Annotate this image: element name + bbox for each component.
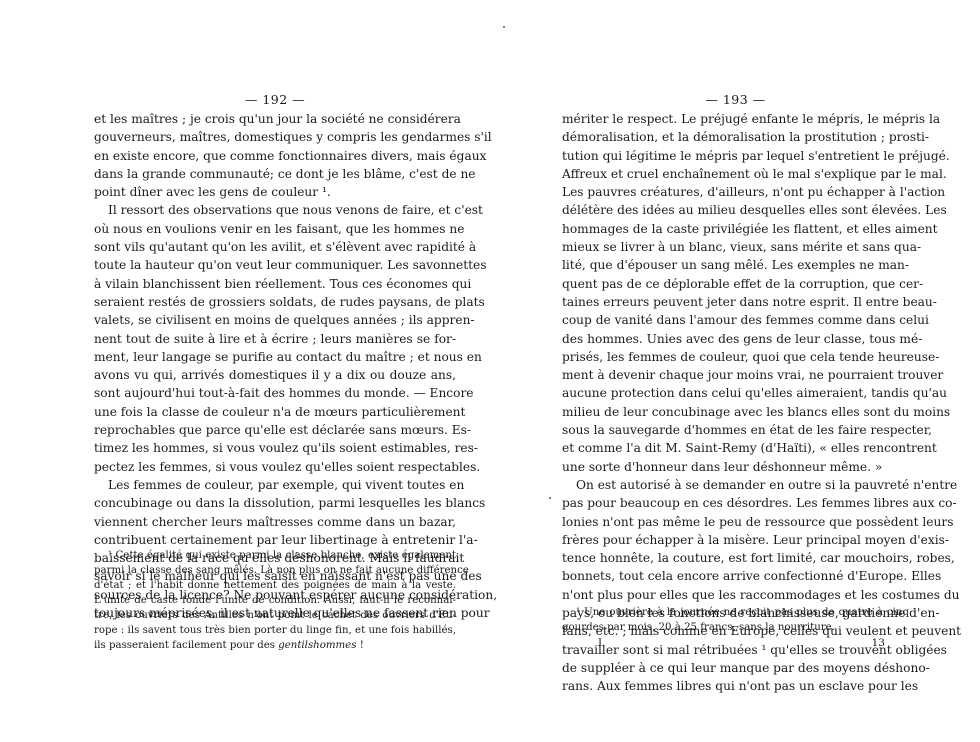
signature-left: I. — [598, 637, 606, 649]
left-page-body: et les maîtres ; je crois qu'un jour la … — [94, 110, 456, 622]
text-line: hommages de la caste privilégiée les fla… — [562, 220, 909, 238]
text-line: sont aujourd'hui tout-à-fait des hommes … — [94, 384, 456, 402]
footnote-line: ¹ Cette égalité qui existe parmi la clas… — [94, 548, 456, 563]
text-line: bonnets, tout cela encore arrive confect… — [562, 567, 909, 585]
text-line: ment à devenir chaque jour moins vrai, n… — [562, 366, 909, 384]
text-line: toute la hauteur qu'on veut leur communi… — [94, 256, 456, 274]
text-line: sous la sauvegarde d'hommes en état de l… — [562, 421, 909, 439]
footnote-line: ils passeraient facilement pour des gent… — [94, 638, 456, 653]
text-line: lité, que d'épouser un sang mêlé. Les ex… — [562, 256, 909, 274]
text-line: dans la grande communauté; ce dont je le… — [94, 165, 456, 183]
text-line: valets, se civilisent en moins de quelqu… — [94, 311, 456, 329]
text-line: Les femmes de couleur, par exemple, qui … — [94, 476, 456, 494]
text-line: milieu de leur concubinage avec les blan… — [562, 403, 909, 421]
page-number-right: — 193 — — [562, 92, 909, 107]
footnote-line: parmi la classe des sang mêlés. Là non p… — [94, 563, 456, 578]
text-line: taines erreurs peuvent jeter dans notre … — [562, 293, 909, 311]
text-line: prisés, les femmes de couleur, quoi que … — [562, 348, 909, 366]
text-line: concubinage ou dans la dissolution, parm… — [94, 494, 456, 512]
text-line: On est autorisé à se demander en outre s… — [562, 476, 909, 494]
text-line: mieux se livrer à un blanc, vieux, sans … — [562, 238, 909, 256]
text-line: de suppléer à ce qui leur manque par des… — [562, 659, 909, 677]
left-page: — 192 — et les maîtres ; je crois qu'un … — [94, 0, 456, 742]
scan-speck — [549, 497, 551, 499]
right-page: — 193 — mériter le respect. Le préjugé e… — [562, 0, 909, 742]
text-line: nent tout de suite à lire et à écrire ; … — [94, 330, 456, 348]
text-line: avons vu qui, arrivés domestiques il y a… — [94, 366, 456, 384]
text-line: lonies n'ont pas même le peu de ressourc… — [562, 513, 909, 531]
text-line: tence honnête, la couture, est fort limi… — [562, 549, 909, 567]
text-line: frères pour échapper à la misère. Leur p… — [562, 531, 909, 549]
text-line: mériter le respect. Le préjugé enfante l… — [562, 110, 909, 128]
text-line: une fois la classe de couleur n'a de mœu… — [94, 403, 456, 421]
text-line: délétère des idées au milieu desquelles … — [562, 201, 909, 219]
text-line: démoralisation, et la démoralisation la … — [562, 128, 909, 146]
text-line: pectez les femmes, si vous voulez qu'ell… — [94, 458, 456, 476]
footnote-line: tre, les ouvriers des Antilles n'ont poi… — [94, 608, 456, 623]
text-line: et les maîtres ; je crois qu'un jour la … — [94, 110, 456, 128]
footnote-text: ! — [356, 640, 363, 651]
footnote-line: rope : ils savent tous très bien porter … — [94, 623, 456, 638]
text-line: pas pour beaucoup en ces désordres. Les … — [562, 494, 909, 512]
page-number-left: — 192 — — [94, 92, 456, 107]
text-line: n'ont plus pour elles que les raccommoda… — [562, 586, 909, 604]
text-line: et comme l'a dit M. Saint-Remy (d'Haïti)… — [562, 439, 909, 457]
text-line: à vilain blanchissent bien réellement. T… — [94, 275, 456, 293]
text-line: rans. Aux femmes libres qui n'ont pas un… — [562, 677, 909, 695]
footnote-line: L'unité de caste fonde l'unité de condit… — [94, 593, 456, 608]
text-line: ment, leur langage se purifie au contact… — [94, 348, 456, 366]
text-line: où nous en voulions venir en les faisant… — [94, 220, 456, 238]
right-page-footnote: ¹ Une ouvrière à la journée ne reçoit pa… — [562, 605, 909, 635]
text-line: quent pas de ce déplorable effet de la c… — [562, 275, 909, 293]
text-line: tution qui légitime le mépris par lequel… — [562, 147, 909, 165]
text-line: aucune protection dans celui qu'elles ai… — [562, 384, 909, 402]
text-line: contribuent certainement par leur libert… — [94, 531, 456, 549]
text-line: point dîner avec les gens de couleur ¹. — [94, 183, 456, 201]
scan-speck — [503, 26, 505, 28]
text-line: seraient restés de grossiers soldats, de… — [94, 293, 456, 311]
footnote-line: d'état ; et l'habit donne nettement des … — [94, 578, 456, 593]
text-line: reprochables que parce qu'elle est décla… — [94, 421, 456, 439]
footnote-text: ils passeraient facilement pour des — [94, 640, 278, 651]
text-line: Affreux et cruel enchaînement où le mal … — [562, 165, 909, 183]
text-line: gouverneurs, maîtres, domestiques y comp… — [94, 128, 456, 146]
text-line: Les pauvres créatures, d'ailleurs, n'ont… — [562, 183, 909, 201]
text-line: des hommes. Unies avec des gens de leur … — [562, 330, 909, 348]
footnote-line: gourdes par mois, 20 à 25 francs, sans l… — [562, 620, 909, 635]
footnote-line: ¹ Une ouvrière à la journée ne reçoit pa… — [562, 605, 909, 620]
signature-right: 13 — [872, 637, 885, 649]
text-line: Il ressort des observations que nous ven… — [94, 201, 456, 219]
left-page-footnote: ¹ Cette égalité qui existe parmi la clas… — [94, 548, 456, 653]
text-line: en existe encore, que comme fonctionnair… — [94, 147, 456, 165]
text-line: timez les hommes, si vous voulez qu'ils … — [94, 439, 456, 457]
text-line: une sorte d'honneur dans leur déshonneur… — [562, 458, 909, 476]
text-line: sont vils qu'autant qu'on les avilit, et… — [94, 238, 456, 256]
text-line: coup de vanité dans l'amour des femmes c… — [562, 311, 909, 329]
text-line: viennent chercher leurs maîtresses comme… — [94, 513, 456, 531]
text-line: travailler sont si mal rétribuées ¹ qu'e… — [562, 641, 909, 659]
footnote-italic-word: gentilshommes — [278, 640, 356, 651]
